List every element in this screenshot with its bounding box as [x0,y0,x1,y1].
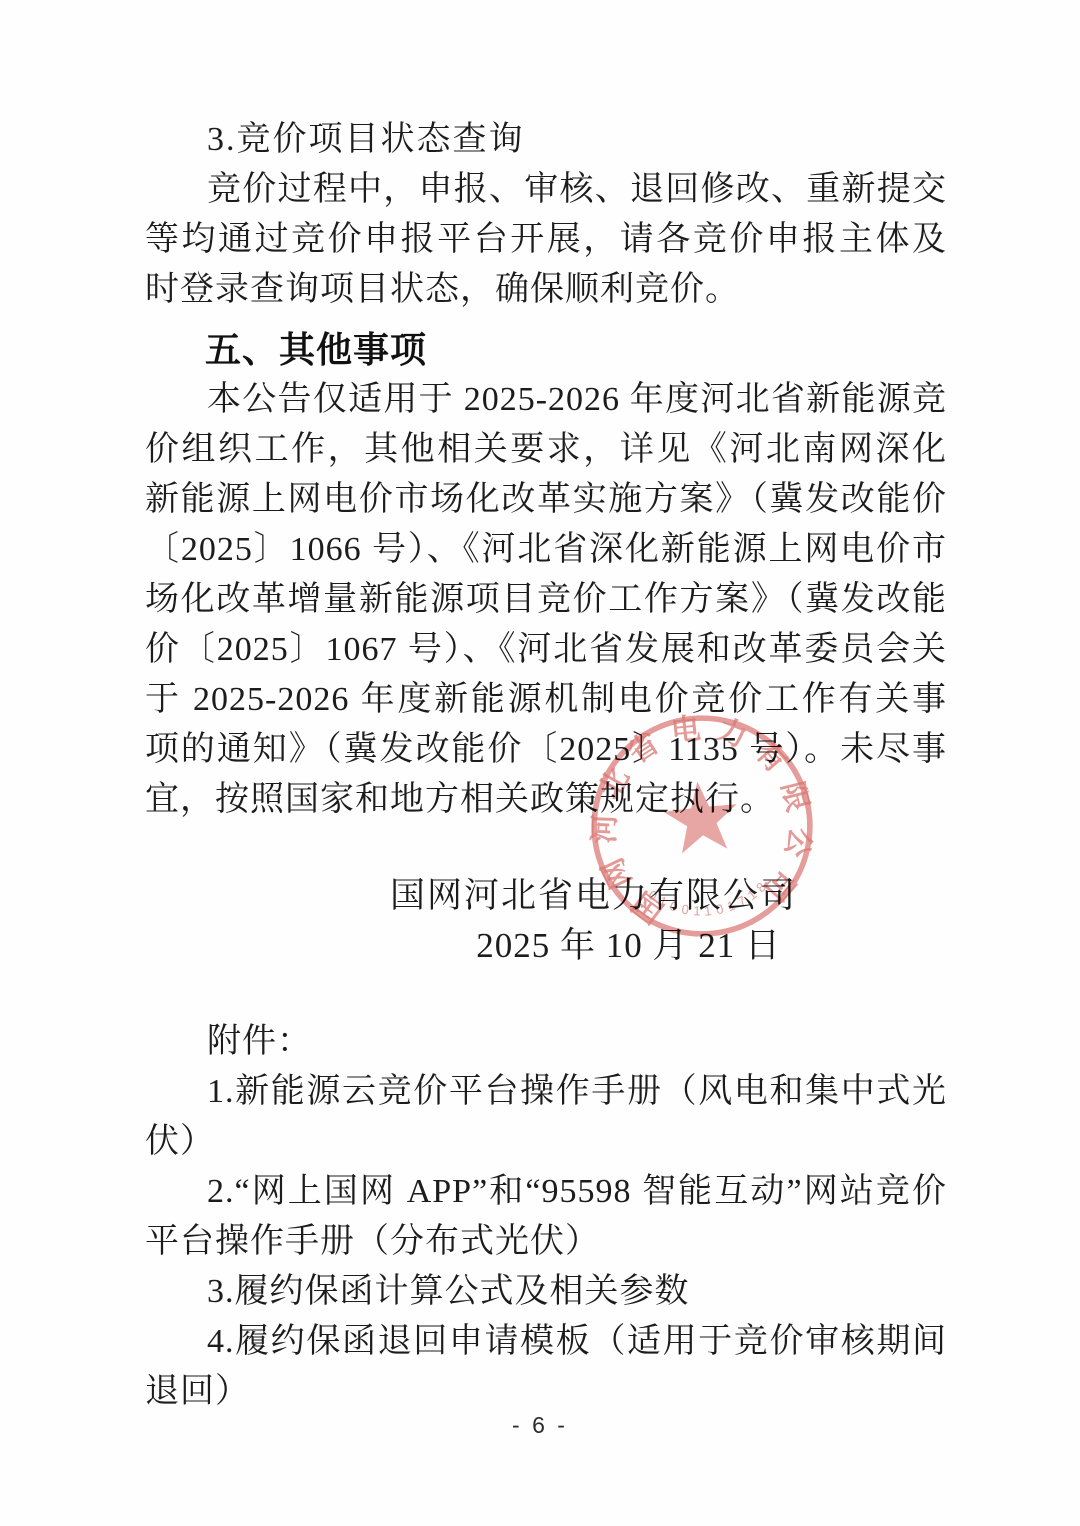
section-5-paragraph: 本公告仅适用于 2025-2026 年度河北省新能源竞价组织工作，其他相关要求，… [145,375,947,825]
signature-organization: 国网河北省电力有限公司 [145,871,947,921]
document-page: 3.竞价项目状态查询 竞价过程中，申报、审核、退回修改、重新提交等均通过竞价申报… [0,0,1080,1526]
attachment-item: 2.“网上国网 APP”和“95598 智能互动”网站竞价平台操作手册（分布式光… [145,1167,947,1267]
attachments-label: 附件： [145,1017,947,1067]
section-3-heading: 3.竞价项目状态查询 [207,115,947,165]
attachment-item: 1.新能源云竞价平台操作手册（风电和集中式光伏） [145,1067,947,1167]
page-number: - 6 - [0,1412,1080,1439]
attachment-item: 4.履约保函退回申请模板（适用于竞价审核期间退回） [145,1317,947,1417]
section-3-paragraph: 竞价过程中，申报、审核、退回修改、重新提交等均通过竞价申报平台开展，请各竞价申报… [145,165,947,315]
attachments-section: 附件： 1.新能源云竞价平台操作手册（风电和集中式光伏） 2.“网上国网 APP… [145,1017,947,1417]
signature-date: 2025 年 10 月 21 日 [145,921,947,971]
attachment-item: 3.履约保函计算公式及相关参数 [145,1267,947,1317]
section-5-heading: 五、其他事项 [205,325,947,375]
signature-block: 国网河北省电力有限公司 2025 年 10 月 21 日 [145,871,947,971]
document-content: 3.竞价项目状态查询 竞价过程中，申报、审核、退回修改、重新提交等均通过竞价申报… [145,115,947,1417]
